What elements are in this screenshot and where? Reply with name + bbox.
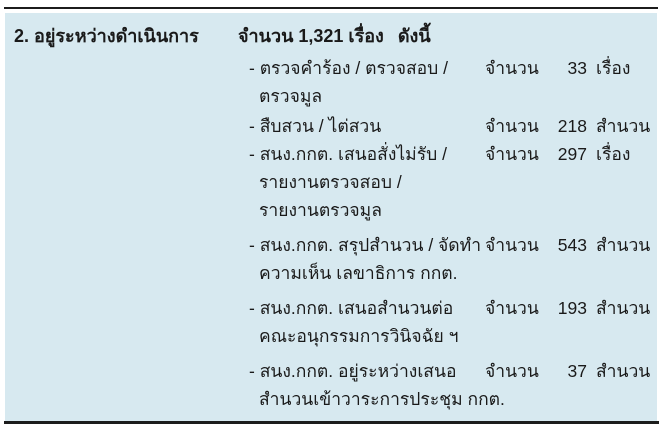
case-description-line: - สนง.กกต. เสนอสั่งไม่รับ / [249,140,485,168]
summary-suffix: ดังนี้ [398,26,431,46]
case-description: - สนง.กกต. สรุปสำนวน / จัดทำ ความเห็น เล… [235,231,485,287]
case-description-line: - สืบสวน / ไต่สวน [249,112,485,140]
case-description-line: - สนง.กกต. อยู่ระหว่างเสนอ [249,357,485,385]
count-value: 37 [545,357,587,385]
case-row: - สนง.กกต. เสนอสำนวนต่อ คณะอนุกรรมการวิน… [235,294,657,350]
count-value: 33 [545,54,587,82]
case-description-line: สำนวนเข้าวาระการประชุม กกต. [249,385,485,413]
case-description-line: - สนง.กกต. สรุปสำนวน / จัดทำ [249,231,485,259]
case-description-line: รายงานตรวจมูล [249,196,485,224]
count-unit: เรื่อง [587,140,630,168]
case-description: - สืบสวน / ไต่สวน [235,112,485,140]
case-description: - สนง.กกต. อยู่ระหว่างเสนอ สำนวนเข้าวาระ… [235,357,485,413]
count-label: จำนวน [485,140,545,168]
case-row: - สนง.กกต. เสนอสั่งไม่รับ / รายงานตรวจสอ… [235,140,657,224]
count-label: จำนวน [485,112,545,140]
count-label: จำนวน [485,294,545,322]
count-value: 297 [545,140,587,168]
status-table-row: 2. อยู่ระหว่างดำเนินการ จำนวน 1,321 เรื่… [5,13,657,421]
count-label: จำนวน [485,357,545,385]
case-row: - สืบสวน / ไต่สวน จำนวน 218 สำนวน [235,112,657,140]
case-description: - ตรวจคำร้อง / ตรวจสอบ / ตรวจมูล [235,54,485,110]
case-description-line: - สนง.กกต. เสนอสำนวนต่อ [249,294,485,322]
case-description: - สนง.กกต. เสนอสำนวนต่อ คณะอนุกรรมการวิน… [235,294,485,350]
top-rule [4,7,658,9]
row-title: 2. อยู่ระหว่างดำเนินการ [14,22,235,50]
count-unit: สำนวน [587,231,650,259]
count-unit: สำนวน [587,357,650,385]
count-unit: สำนวน [587,294,650,322]
row-title-cell: 2. อยู่ระหว่างดำเนินการ [5,13,235,421]
count-unit: สำนวน [587,112,650,140]
case-description-line: - ตรวจคำร้อง / ตรวจสอบ / [249,54,485,82]
count-value: 543 [545,231,587,259]
summary-line: จำนวน 1,321 เรื่องดังนี้ [235,21,657,51]
bottom-rule [4,421,659,424]
case-description-line: คณะอนุกรรมการวินิจฉัย ฯ [249,322,485,350]
count-unit: เรื่อง [587,54,630,82]
case-row: - สนง.กกต. อยู่ระหว่างเสนอ สำนวนเข้าวาระ… [235,357,657,413]
summary-total: จำนวน 1,321 เรื่อง [238,26,384,46]
case-description-line: ความเห็น เลขาธิการ กกต. [249,259,485,287]
case-description-line: ตรวจมูล [249,82,485,110]
count-value: 218 [545,112,587,140]
case-description-line: รายงานตรวจสอบ / [249,168,485,196]
case-row: - ตรวจคำร้อง / ตรวจสอบ / ตรวจมูล จำนวน 3… [235,54,657,110]
case-row: - สนง.กกต. สรุปสำนวน / จัดทำ ความเห็น เล… [235,231,657,287]
count-label: จำนวน [485,54,545,82]
count-value: 193 [545,294,587,322]
case-description: - สนง.กกต. เสนอสั่งไม่รับ / รายงานตรวจสอ… [235,140,485,224]
count-label: จำนวน [485,231,545,259]
details-cell: จำนวน 1,321 เรื่องดังนี้ - ตรวจคำร้อง / … [235,13,657,421]
